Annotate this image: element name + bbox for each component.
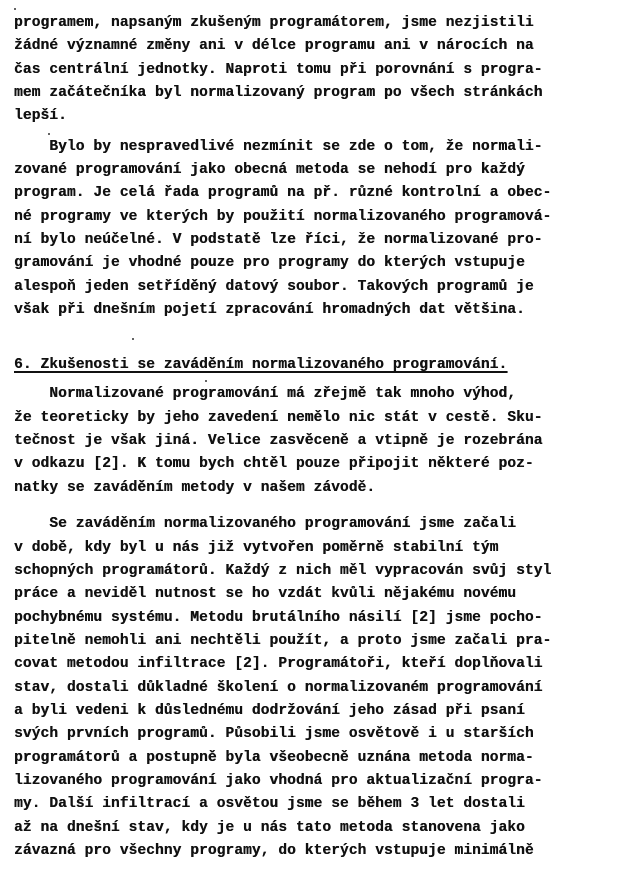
- scan-speck: [205, 380, 207, 382]
- text-line: pitelně nemohli ani nechtěli použít, a p…: [14, 632, 551, 650]
- scan-speck: [14, 8, 16, 10]
- scan-speck: [48, 133, 50, 135]
- text-line: zované programování jako obecná metoda s…: [14, 161, 525, 179]
- text-line: práce a neviděl nutnost se ho vzdát kvůl…: [14, 585, 516, 603]
- text-line: programem, napsaným zkušeným programátor…: [14, 14, 534, 32]
- text-line: závazná pro všechny programy, do kterých…: [14, 842, 534, 860]
- text-line: lizovaného programování jako vhodná pro …: [14, 772, 542, 790]
- text-line: Se zaváděním normalizovaného programován…: [14, 515, 516, 533]
- text-line: v době, kdy byl u nás již vytvořen poměr…: [14, 539, 498, 557]
- text-line: alespoň jeden setříděný datový soubor. T…: [14, 278, 534, 296]
- text-line: až na dnešní stav, kdy je u nás tato met…: [14, 819, 525, 837]
- text-line: svých prvních programů. Působili jsme os…: [14, 725, 534, 743]
- text-line: stav, dostali důkladné školení o normali…: [14, 679, 542, 697]
- text-line: a byli vedeni k důslednému dodržování je…: [14, 702, 525, 720]
- text-line: gramování je vhodné pouze pro programy d…: [14, 254, 525, 272]
- text-line: Normalizované programování má zřejmě tak…: [14, 385, 516, 403]
- scan-speck: [132, 338, 134, 340]
- text-line: mem začátečníka byl normalizovaný progra…: [14, 84, 542, 102]
- text-line: my. Další infiltrací a osvětou jsme se b…: [14, 795, 525, 813]
- text-line: tečnost je však jiná. Velice zasvěceně a…: [14, 432, 542, 450]
- text-line: programátorů a postupně byla všeobecně u…: [14, 749, 534, 767]
- text-line: lepší.: [14, 107, 67, 125]
- text-line: v odkazu [2]. K tomu bych chtěl pouze př…: [14, 455, 534, 473]
- text-line: program. Je celá řada programů na př. rů…: [14, 184, 551, 202]
- text-line: však při dnešním pojetí zpracování hroma…: [14, 301, 525, 319]
- typewritten-page: programem, napsaným zkušeným programátor…: [0, 0, 620, 872]
- section-heading: 6. Zkušenosti se zaváděním normalizované…: [14, 356, 507, 374]
- text-line: Bylo by nespravedlivé nezmínit se zde o …: [14, 138, 542, 156]
- text-line: covat metodou infiltrace [2]. Programáto…: [14, 655, 542, 673]
- text-line: né programy ve kterých by použití normal…: [14, 208, 551, 226]
- text-line: ní bylo neúčelné. V podstatě lze říci, ž…: [14, 231, 542, 249]
- text-line: pochybnému systému. Metodu brutálního ná…: [14, 609, 542, 627]
- text-line: že teoreticky by jeho zavedení nemělo ni…: [14, 409, 542, 427]
- text-line: schopných programátorů. Každý z nich měl…: [14, 562, 551, 580]
- text-line: žádné významné změny ani v délce program…: [14, 37, 534, 55]
- text-line: natky se zaváděním metody v našem závodě…: [14, 479, 375, 497]
- text-line: čas centrální jednotky. Naproti tomu při…: [14, 61, 542, 79]
